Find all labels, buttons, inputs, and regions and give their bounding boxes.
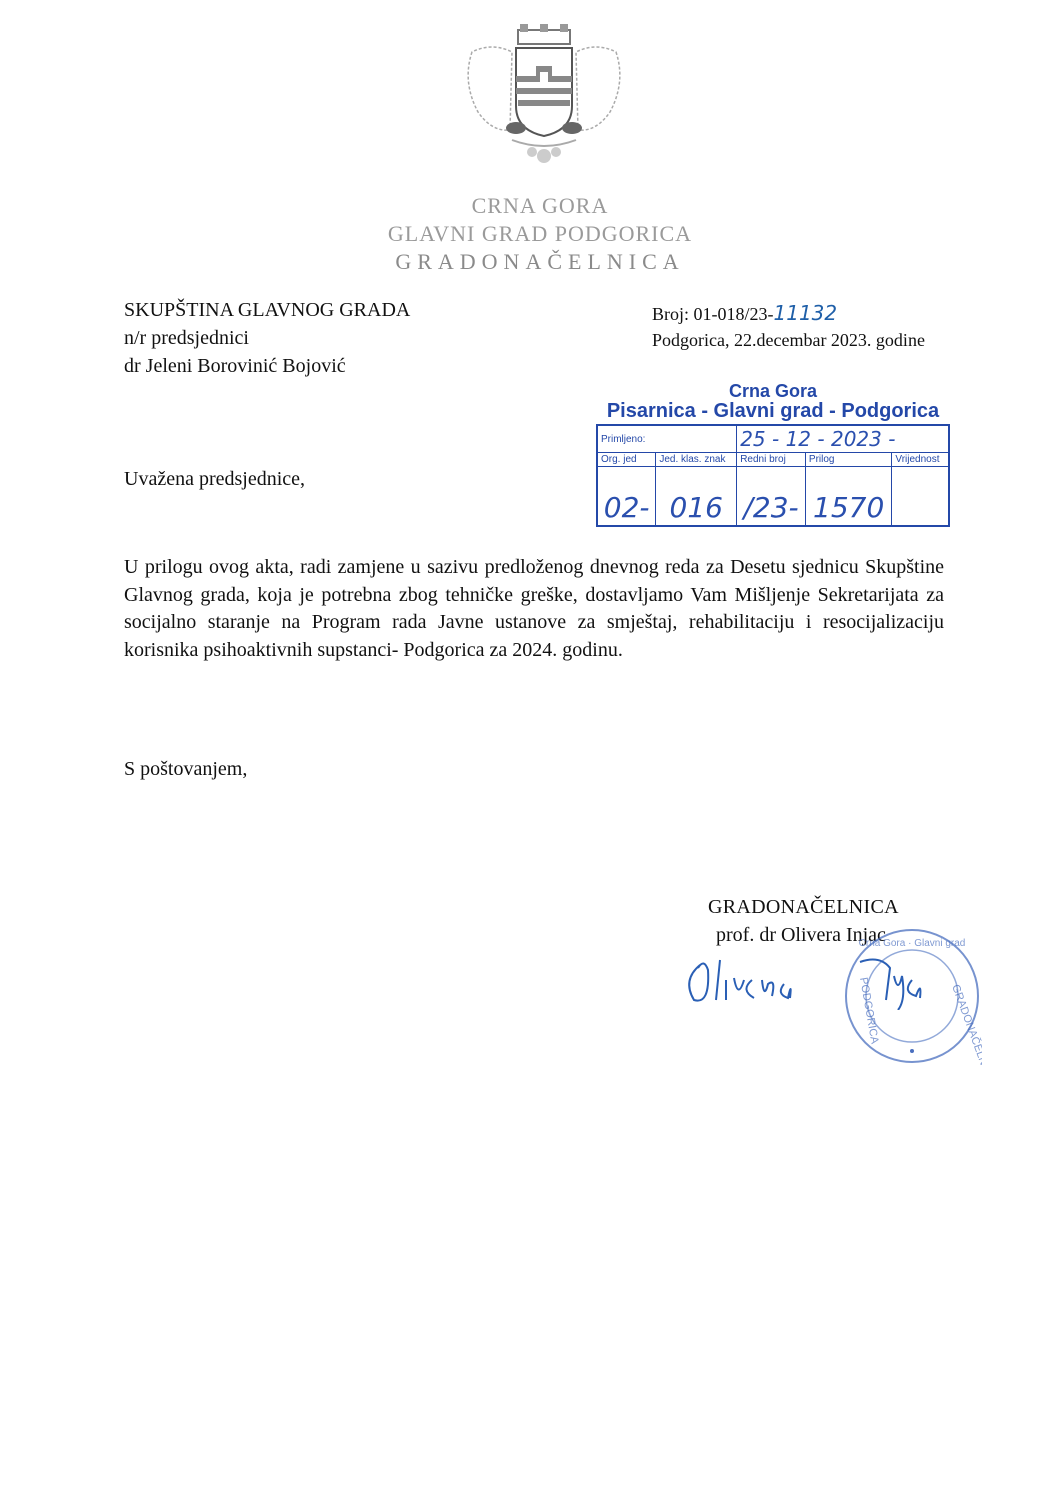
letterhead-office: GRADONAČELNICA (300, 248, 780, 276)
reference-block: Broj: 01-018/23-11132 Podgorica, 22.dece… (652, 300, 925, 353)
letterhead-city: GLAVNI GRAD PODGORICA (300, 220, 780, 248)
signatory-title: GRADONAČELNICA (708, 896, 899, 919)
document-number-handwritten: 11132 (774, 301, 838, 325)
stamp-value: 02- (597, 467, 656, 527)
letterhead: CRNA GORA GLAVNI GRAD PODGORICA GRADONAČ… (300, 192, 780, 276)
document-number: Broj: 01-018/23-11132 (652, 300, 925, 327)
stamp-value: 016 (656, 467, 737, 527)
stamp-table: Primljeno: 25 - 12 - 2023 - Org. jed Jed… (596, 424, 950, 527)
stamp-value (892, 467, 949, 527)
document-date: Podgorica, 22.decembar 2023. godine (652, 327, 925, 353)
stamp-value: 1570 (805, 467, 892, 527)
stamp-col-header: Redni broj (737, 453, 806, 467)
stamp-col-header: Jed. klas. znak (656, 453, 737, 467)
stamp-col-header: Prilog (805, 453, 892, 467)
stamp-received-label: Primljeno: (597, 425, 737, 453)
recipient-attention: n/r predsjednici (124, 324, 410, 352)
salutation: Uvažena predsjednice, (124, 468, 305, 491)
letterhead-country: CRNA GORA (300, 192, 780, 220)
recipient-block: SKUPŠTINA GLAVNOG GRADA n/r predsjednici… (124, 296, 410, 380)
coat-of-arms-icon (452, 22, 636, 172)
svg-text:Crna Gora · Glavni grad: Crna Gora · Glavni grad (859, 938, 966, 949)
stamp-title-office: Pisarnica - Glavni grad - Podgorica (596, 400, 950, 422)
registry-stamp: Crna Gora Pisarnica - Glavni grad - Podg… (596, 382, 950, 527)
recipient-name: dr Jeleni Borovinić Bojović (124, 352, 410, 380)
stamp-col-header: Org. jed (597, 453, 656, 467)
handwritten-signature-icon (680, 950, 960, 1010)
recipient-institution: SKUPŠTINA GLAVNOG GRADA (124, 296, 410, 324)
stamp-col-header: Vrijednost (892, 453, 949, 467)
stamp-value: /23- (737, 467, 806, 527)
closing: S poštovanjem, (124, 758, 247, 781)
letter-body: U prilogu ovog akta, radi zamjene u sazi… (124, 554, 944, 664)
document-number-prefix: Broj: 01-018/23- (652, 304, 774, 324)
stamp-title-country: Crna Gora (596, 382, 950, 400)
stamp-received-date: 25 - 12 - 2023 - (737, 425, 949, 453)
